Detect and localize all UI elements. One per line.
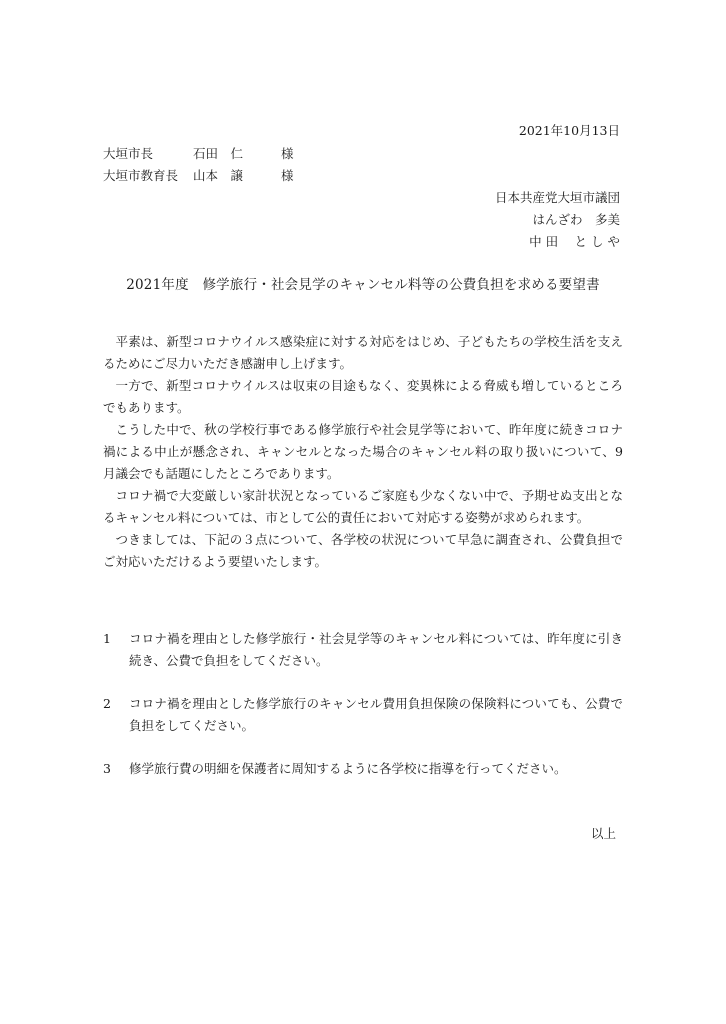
sender-organization: 日本共産党大垣市議団: [495, 190, 620, 206]
paragraph: 平素は、新型コロナウイルス感染症に対する対応をはじめ、子どもたちの学校生活を支え…: [103, 331, 623, 375]
request-item: 2 コロナ禍を理由とした修学旅行のキャンセル費用負担保険の保険料についても、公費…: [103, 693, 623, 737]
body-paragraphs: 平素は、新型コロナウイルス感染症に対する対応をはじめ、子どもたちの学校生活を支え…: [103, 331, 623, 573]
sender-member: はんざわ 多美: [532, 212, 620, 228]
request-number: 2: [103, 693, 129, 737]
addressee-honorific: 様: [281, 146, 294, 162]
closing-mark: 以上: [591, 826, 616, 842]
request-item: 1 コロナ禍を理由とした修学旅行・社会見学等のキャンセル料については、昨年度に引…: [103, 628, 623, 672]
document-title: 2021年度 修学旅行・社会見学のキャンセル料等の公費負担を求める要望書: [0, 277, 726, 293]
request-number: 1: [103, 628, 129, 672]
paragraph: こうした中で、秋の学校行事である修学旅行や社会見学等において、昨年度に続きコロナ…: [103, 419, 623, 485]
addressee-mayor: 大垣市長石田 仁様: [103, 146, 294, 162]
paragraph: つきましては、下記の３点について、各学校の状況について早急に調査され、公費負担で…: [103, 529, 623, 573]
paragraph: コロナ禍で大変厳しい家計状況となっているご家庭も少なくない中で、予期せぬ支出とな…: [103, 485, 623, 529]
sender-member: 中 田 と し や: [529, 234, 620, 250]
addressee-honorific: 様: [281, 168, 294, 184]
addressee-name: 山本 譲: [193, 168, 281, 184]
request-number: 3: [103, 758, 129, 780]
addressee-role: 大垣市長: [103, 146, 193, 162]
addressee-role: 大垣市教育長: [103, 168, 193, 184]
document-page: 2021年10月13日 大垣市長石田 仁様 大垣市教育長山本 譲様 日本共産党大…: [0, 0, 726, 1024]
addressee-superintendent: 大垣市教育長山本 譲様: [103, 168, 294, 184]
request-text: コロナ禍を理由とした修学旅行のキャンセル費用負担保険の保険料についても、公費で負…: [129, 693, 623, 737]
addressee-name: 石田 仁: [193, 146, 281, 162]
document-date: 2021年10月13日: [519, 123, 620, 139]
request-text: 修学旅行費の明細を保護者に周知するように各学校に指導を行ってください。: [129, 758, 623, 780]
paragraph: 一方で、新型コロナウイルスは収束の目途もなく、変異株による脅威も増しているところ…: [103, 375, 623, 419]
request-item: 3 修学旅行費の明細を保護者に周知するように各学校に指導を行ってください。: [103, 758, 623, 780]
request-list: 1 コロナ禍を理由とした修学旅行・社会見学等のキャンセル料については、昨年度に引…: [103, 628, 623, 801]
request-text: コロナ禍を理由とした修学旅行・社会見学等のキャンセル料については、昨年度に引き続…: [129, 628, 623, 672]
